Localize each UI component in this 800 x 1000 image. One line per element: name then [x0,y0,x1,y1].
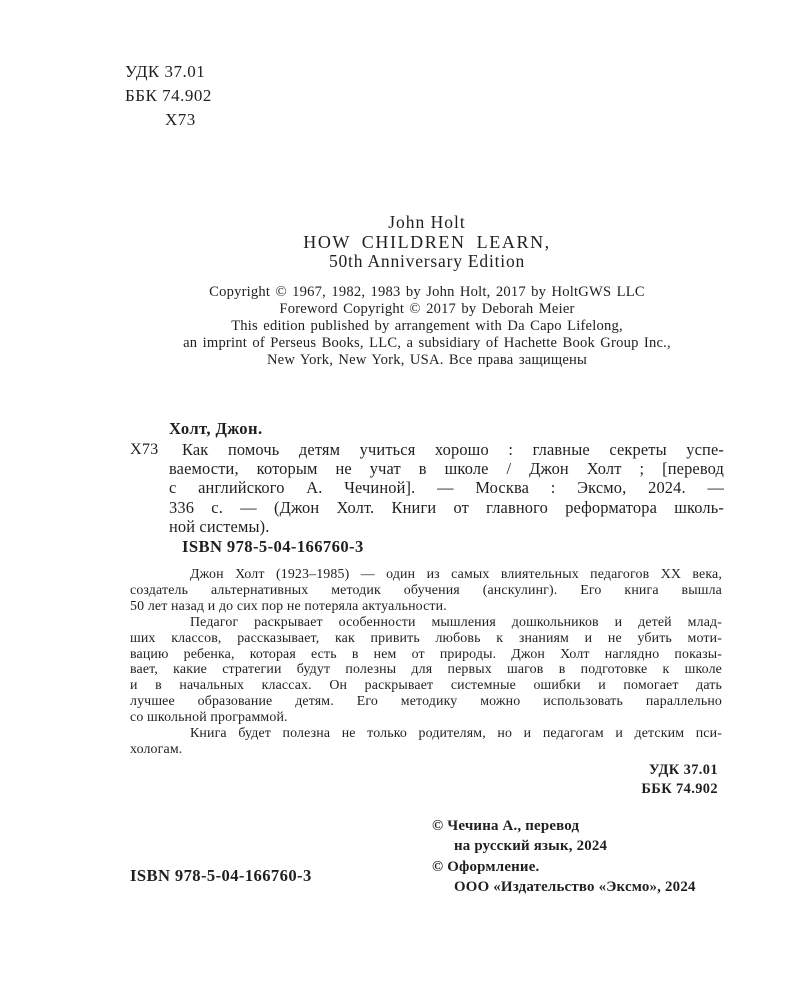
annotation-block: Джон Холт (1923–1985) — один из самых вл… [130,567,722,758]
classification-codes-right: УДК 37.01 ББК 74.902 [130,761,718,798]
annotation-line: Педагог раскрывает особенности мышления … [130,615,722,631]
bbk-code-top: ББК 74.902 [125,84,212,108]
original-title-block: John Holt HOW CHILDREN LEARN, 50th Anniv… [130,213,724,272]
catalog-entry-line: 336 с. — (Джон Холт. Книги от главного р… [169,498,724,517]
annotation-line: со школьной программой. [130,710,722,726]
original-title: HOW CHILDREN LEARN, [130,233,724,253]
copyright-line-1: Copyright © 1967, 1982, 1983 by John Hol… [118,284,736,301]
credit-translation: © Чечина А., перевод [432,816,696,836]
copyright-line-2: Foreword Copyright © 2017 by Deborah Mei… [118,301,736,318]
author-sign-code-top: Х73 [125,108,212,132]
original-edition: 50th Anniversary Edition [130,252,724,272]
copyright-notice-block: Copyright © 1967, 1982, 1983 by John Hol… [118,284,736,369]
catalog-entry-paragraph: Как помочь детям учиться хорошо : главны… [169,440,724,536]
annotation-line: ших классов, рассказывает, как привить л… [130,631,722,647]
annotation-line: Джон Холт (1923–1985) — один из самых вл… [130,567,722,583]
isbn-footer: ISBN 978-5-04-166760-3 [130,866,312,886]
annotation-line: 50 лет назад и до сих пор не потеряла ак… [130,599,722,615]
book-imprint-page: УДК 37.01 ББК 74.902 Х73 John Holt HOW C… [0,0,800,1000]
catalog-entry-line: Как помочь детям учиться хорошо : главны… [169,440,724,459]
catalog-entry-line: с английского А. Чечиной]. — Москва : Эк… [169,478,724,497]
bbk-code-right: ББК 74.902 [130,780,718,799]
copyright-line-5: New York, New York, USA. Все права защищ… [118,352,736,369]
annotation-line: и в начальных классах. Он раскрывает сис… [130,678,722,694]
catalog-entry-line: ваемости, которым не учат в школе / Джон… [169,459,724,478]
credit-translation-cont: на русский язык, 2024 [432,836,696,856]
footer-credits-block: © Чечина А., перевод на русский язык, 20… [432,816,696,898]
isbn-catalog: ISBN 978-5-04-166760-3 [182,537,364,557]
udk-code-right: УДК 37.01 [130,761,718,780]
annotation-line: создатель альтернативных методик обучени… [130,583,722,599]
annotation-line: вацию ребенка, которая есть в нем от при… [130,647,722,663]
catalog-entry-line: ной системы). [169,517,724,536]
copyright-line-3: This edition published by arrangement wi… [118,318,736,335]
annotation-line: Книга будет полезна не только родителям,… [130,726,722,742]
annotation-line: вает, какие стратегии будут полезны для … [130,662,722,678]
original-author: John Holt [130,213,724,233]
credit-design: © Оформление. [432,857,696,877]
annotation-line: хологам. [130,742,722,758]
classification-codes-top: УДК 37.01 ББК 74.902 Х73 [125,60,212,132]
catalog-author-heading: Холт, Джон. [169,419,263,439]
annotation-line: лучшее образование детям. Его методику м… [130,694,722,710]
author-sign-code-margin: Х73 [130,440,158,459]
credit-publisher: ООО «Издательство «Эксмо», 2024 [432,877,696,897]
udk-code-top: УДК 37.01 [125,60,212,84]
copyright-line-4: an imprint of Perseus Books, LLC, a subs… [118,335,736,352]
